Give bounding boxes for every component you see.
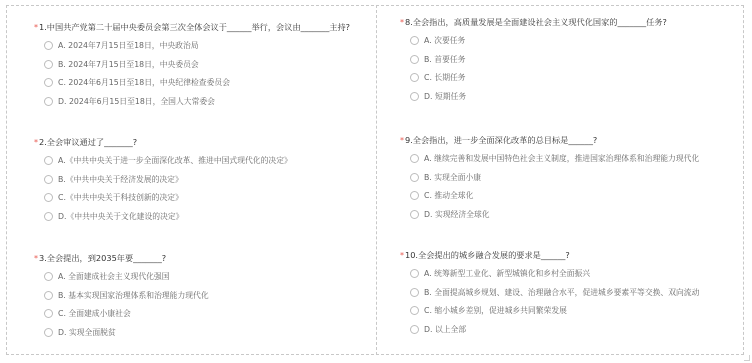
question-2: *2.全会审议通过了_______? A.《中共中央关于进一步全面深化改革、推进…: [34, 136, 292, 222]
option-c[interactable]: C. 推动全球化: [400, 190, 699, 202]
option-b[interactable]: B. 全面提高城乡规划、建设、治理融合水平，促进城乡要素平等交换、双向流动: [400, 286, 699, 298]
radio-icon[interactable]: [410, 36, 419, 45]
option-b[interactable]: B.《中共中央关于经济发展的决定》: [34, 173, 292, 185]
radio-icon[interactable]: [44, 41, 53, 50]
option-c[interactable]: C. 2024年6月15日至18日，中央纪律检查委员会: [34, 77, 350, 89]
option-a[interactable]: A. 次要任务: [400, 35, 667, 47]
radio-icon[interactable]: [410, 154, 419, 163]
option-c[interactable]: C. 缩小城乡差别，促进城乡共同繁荣发展: [400, 305, 699, 317]
option-d[interactable]: D. 实现全面脱贫: [34, 326, 209, 338]
required-marker: *: [34, 253, 38, 265]
column-divider: [376, 5, 377, 355]
question-1: *1.中国共产党第二十届中央委员会第三次全体会议于______举行，会议由___…: [34, 21, 350, 107]
radio-icon[interactable]: [410, 73, 419, 82]
option-b[interactable]: B. 基本实现国家治理体系和治理能力现代化: [34, 289, 209, 301]
required-marker: *: [400, 17, 404, 29]
radio-icon[interactable]: [410, 325, 419, 334]
radio-icon[interactable]: [44, 97, 53, 106]
radio-icon[interactable]: [44, 78, 53, 87]
radio-icon[interactable]: [44, 291, 53, 300]
question-title: 1.中国共产党第二十届中央委员会第三次全体会议于______举行，会议由____…: [39, 22, 350, 32]
radio-icon[interactable]: [44, 156, 53, 165]
option-b[interactable]: B. 2024年7月15日至18日，中央委员会: [34, 58, 350, 70]
option-b[interactable]: B. 首要任务: [400, 53, 667, 65]
option-d[interactable]: D. 2024年6月15日至18日，全国人大常委会: [34, 95, 350, 107]
radio-icon[interactable]: [44, 60, 53, 69]
option-d[interactable]: D. 短期任务: [400, 90, 667, 102]
question-title: 2.全会审议通过了_______?: [39, 137, 137, 147]
question-3: *3.全会提出，到2035年要_______? A. 全面建成社会主义现代化强国…: [34, 252, 209, 338]
option-a[interactable]: A. 2024年7月15日至18日，中央政治局: [34, 40, 350, 52]
question-title: 3.全会提出，到2035年要_______?: [39, 253, 166, 263]
radio-icon[interactable]: [44, 272, 53, 281]
option-c[interactable]: C. 全面建成小康社会: [34, 308, 209, 320]
radio-icon[interactable]: [44, 309, 53, 318]
question-title: 9.全会指出，进一步全面深化改革的总目标是______?: [405, 135, 597, 145]
required-marker: *: [400, 135, 404, 147]
radio-icon[interactable]: [410, 191, 419, 200]
required-marker: *: [400, 250, 404, 262]
radio-icon[interactable]: [410, 55, 419, 64]
option-a[interactable]: A. 继续完善和发展中国特色社会主义制度，推进国家治理体系和治理能力现代化: [400, 153, 699, 165]
option-c[interactable]: C. 长期任务: [400, 72, 667, 84]
question-8: *8.全会指出，高质量发展是全面建设社会主义现代化国家的_______任务? A…: [400, 16, 667, 102]
radio-icon[interactable]: [44, 193, 53, 202]
radio-icon[interactable]: [44, 328, 53, 337]
radio-icon[interactable]: [410, 306, 419, 315]
radio-icon[interactable]: [44, 212, 53, 221]
option-a[interactable]: A. 统筹新型工业化、新型城镇化和乡村全面振兴: [400, 268, 699, 280]
question-title: 8.全会指出，高质量发展是全面建设社会主义现代化国家的_______任务?: [405, 17, 667, 27]
option-b[interactable]: B. 实现全面小康: [400, 171, 699, 183]
option-d[interactable]: D. 以上全部: [400, 323, 699, 335]
option-d[interactable]: D. 实现经济全球化: [400, 208, 699, 220]
question-9: *9.全会指出，进一步全面深化改革的总目标是______? A. 继续完善和发展…: [400, 134, 699, 220]
radio-icon[interactable]: [410, 269, 419, 278]
required-marker: *: [34, 22, 38, 34]
option-a[interactable]: A. 全面建成社会主义现代化强国: [34, 271, 209, 283]
radio-icon[interactable]: [410, 210, 419, 219]
question-title: 10.全会提出的城乡融合发展的要求是______?: [405, 250, 570, 260]
option-d[interactable]: D.《中共中央关于文化建设的决定》: [34, 210, 292, 222]
required-marker: *: [34, 137, 38, 149]
option-c[interactable]: C.《中共中央关于科技创新的决定》: [34, 192, 292, 204]
question-10: *10.全会提出的城乡融合发展的要求是______? A. 统筹新型工业化、新型…: [400, 249, 699, 335]
radio-icon[interactable]: [410, 92, 419, 101]
radio-icon[interactable]: [44, 175, 53, 184]
radio-icon[interactable]: [410, 173, 419, 182]
radio-icon[interactable]: [410, 288, 419, 297]
resize-handle-icon[interactable]: [744, 355, 750, 361]
option-a[interactable]: A.《中共中央关于进一步全面深化改革、推进中国式现代化的决定》: [34, 155, 292, 167]
